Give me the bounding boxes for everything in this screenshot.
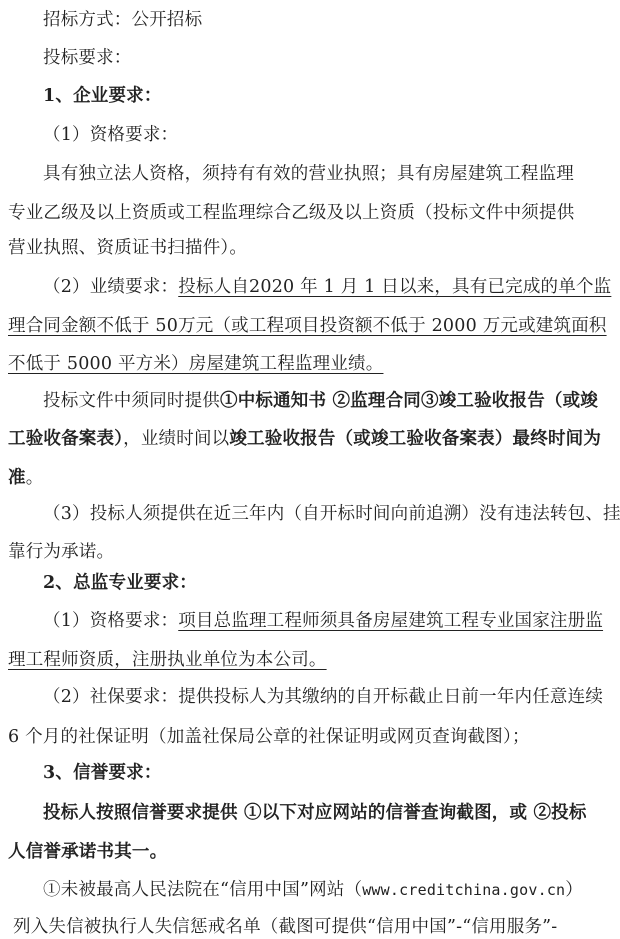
credit-requirements-title: 3、信誉要求： [43, 763, 162, 783]
paragraph-text: 营业执照、资质证书扫描件）。 [8, 238, 247, 258]
bold-text: 准 [8, 468, 26, 488]
qualification-requirements-title: （1）资格要求： [43, 125, 178, 145]
credit-item-line: 列入失信被执行人失信惩戒名单（截图可提供“信用中国”-“信用服务”- [13, 915, 557, 939]
paragraph-line: 专业乙级及以上资质或工程监理综合乙级及以上资质（投标文件中须提供 [8, 201, 574, 225]
performance-requirement-line: 理合同金额不低于 50万元（或工程项目投资额不低于 2000 万元或建筑面积 [8, 314, 607, 338]
performance-requirement-label: （2）业绩要求： [43, 277, 178, 297]
social-security-line: 6 个月的社保证明（加盖社保局公章的社保证明或网页查询截图）； [8, 725, 530, 749]
underlined-text: 投标人自2020 年 1 月 1 日以来，具有已完成的单个监 [178, 277, 611, 297]
paragraph-text: 具有独立法人资格，须持有有效的营业执照；具有房屋建筑工程监理 [43, 164, 574, 184]
section-2-heading: 2、总监专业要求： [43, 571, 197, 595]
paragraph-text: ） [565, 880, 583, 900]
underlined-text: 项目总监理工程师须具备房屋建筑工程专业国家注册监 [178, 611, 603, 631]
paragraph-text: ，业绩时间以 [123, 429, 229, 449]
credit-paragraph-line: 投标人按照信誉要求提供 ①以下对应网站的信誉查询截图，或 ②投标 [43, 801, 587, 825]
enterprise-requirements-title: 1、企业要求： [43, 86, 162, 106]
paragraph-line: （3）投标人须提供在近三年内（自开标时间向前追溯）没有违法转包、挂 [43, 502, 620, 526]
bold-text: 投标人按照信誉要求提供 ①以下对应网站的信誉查询截图，或 ②投标 [43, 803, 587, 823]
qualification-label: （1）资格要求： [43, 611, 178, 631]
paragraph-text: （2）社保要求：提供投标人为其缴纳的自开标截止日前一年内任意连续 [43, 687, 603, 707]
performance-requirement-line: 不低于 5000 平方米）房屋建筑工程监理业绩。 [8, 352, 383, 376]
bold-text: ①中标通知书 ②监理合同③竣工验收报告（或竣 [220, 391, 598, 411]
paragraph-text: 专业乙级及以上资质或工程监理综合乙级及以上资质（投标文件中须提供 [8, 203, 574, 223]
paragraph-line: 具有独立法人资格，须持有有效的营业执照；具有房屋建筑工程监理 [43, 162, 574, 186]
paragraph-line: 准。 [8, 466, 43, 490]
paragraph-line: 营业执照、资质证书扫描件）。 [8, 236, 247, 260]
bold-text: 工验收备案表） [8, 429, 123, 449]
social-security-line: （2）社保要求：提供投标人为其缴纳的自开标截止日前一年内任意连续 [43, 685, 603, 709]
paragraph-text: 靠行为承诺。 [8, 542, 114, 562]
document-page: 招标方式：公开招标 投标要求： 1、企业要求： （1）资格要求： 具有独立法人资… [0, 0, 620, 939]
credit-item-line: ①未被最高人民法院在“信用中国”网站（www.creditchina.gov.c… [43, 878, 583, 902]
bidding-method-text: 招标方式：公开招标 [43, 10, 202, 30]
underlined-text: 理合同金额不低于 50万元（或工程项目投资额不低于 2000 万元或建筑面积 [8, 316, 607, 336]
paragraph-text: （3）投标人须提供在近三年内（自开标时间向前追溯）没有违法转包、挂 [43, 504, 620, 524]
credit-paragraph-line: 人信誉承诺书其一。 [8, 840, 167, 864]
paragraph-text: ①未被最高人民法院在“信用中国”网站（ [43, 880, 362, 900]
subsection-qualification-heading: （1）资格要求： [43, 123, 178, 147]
paragraph-line: 工验收备案表），业绩时间以竣工验收报告（或竣工验收备案表）最终时间为 [8, 427, 601, 451]
paragraph-line: 投标文件中须同时提供①中标通知书 ②监理合同③竣工验收报告（或竣 [43, 389, 598, 413]
bold-text: 竣工验收报告（或竣工验收备案表）最终时间为 [229, 429, 601, 449]
section-1-heading: 1、企业要求： [43, 84, 162, 108]
paragraph-text: 6 个月的社保证明（加盖社保局公章的社保证明或网页查询截图）； [8, 727, 530, 747]
bid-requirements-text: 投标要求： [43, 48, 132, 68]
underlined-text: 理工程师资质，注册执业单位为本公司。 [8, 650, 327, 670]
creditchina-url: www.creditchina.gov.cn [362, 881, 565, 899]
bid-requirements-heading: 投标要求： [43, 46, 132, 70]
section-3-heading: 3、信誉要求： [43, 761, 162, 785]
paragraph-text: 投标文件中须同时提供 [43, 391, 220, 411]
chief-supervisor-requirements-title: 2、总监专业要求： [43, 573, 197, 593]
underlined-text: 不低于 5000 平方米）房屋建筑工程监理业绩。 [8, 354, 383, 374]
paragraph-line: 靠行为承诺。 [8, 540, 114, 564]
chief-qualification-line: （1）资格要求：项目总监理工程师须具备房屋建筑工程专业国家注册监 [43, 609, 603, 633]
paragraph-text: 。 [26, 468, 44, 488]
paragraph-text: 列入失信被执行人失信惩戒名单（截图可提供“信用中国”-“信用服务”- [13, 917, 557, 937]
bold-text: 人信誉承诺书其一。 [8, 842, 167, 862]
chief-qualification-line: 理工程师资质，注册执业单位为本公司。 [8, 648, 327, 672]
performance-requirement-line: （2）业绩要求：投标人自2020 年 1 月 1 日以来，具有已完成的单个监 [43, 275, 611, 299]
bidding-method-line: 招标方式：公开招标 [43, 8, 202, 32]
